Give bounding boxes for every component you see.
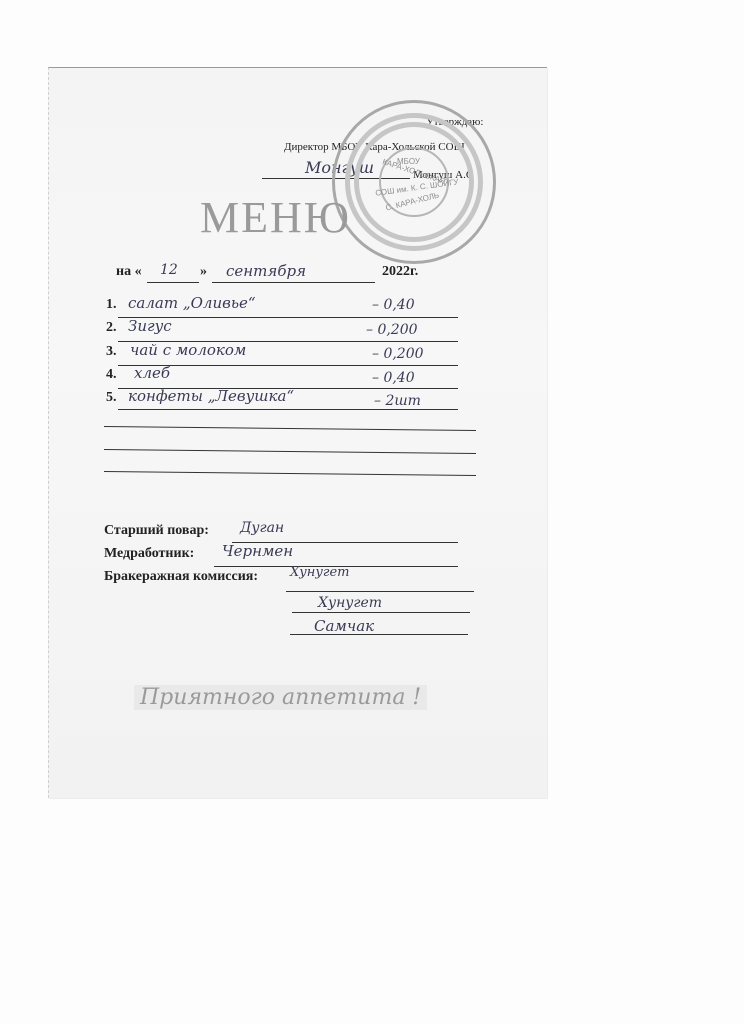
date-prefix: на « <box>116 264 142 280</box>
date-month-line <box>212 282 375 283</box>
item-amount-1: – 0,40 <box>372 297 415 313</box>
item-dish-5: конфеты „Левушка“ <box>128 387 294 405</box>
item-dish-2: Зигус <box>128 317 172 335</box>
item-line-5 <box>118 409 458 410</box>
commission-signature-3: Самчак <box>314 617 374 635</box>
item-amount-3: – 0,200 <box>372 346 424 362</box>
chef-label: Старший повар: <box>104 523 209 539</box>
commission-line-2 <box>292 612 470 613</box>
commission-line-3 <box>290 634 468 635</box>
item-dish-4: хлеб <box>134 364 170 382</box>
item-num-4: 4. <box>106 367 117 383</box>
bon-appetit-footer: Приятного аппетита ! <box>134 685 427 710</box>
date-month: сентября <box>226 262 306 280</box>
item-num-1: 1. <box>106 297 117 313</box>
date-mid: » <box>200 264 207 280</box>
medic-signature: Чернмен <box>222 542 293 560</box>
menu-title: МЕНЮ <box>200 192 351 243</box>
commission-signature-2: Хунугет <box>318 595 382 611</box>
item-dish-1: салат „Оливье“ <box>128 294 256 312</box>
commission-line-1 <box>286 591 474 592</box>
item-dish-3: чай с молоком <box>130 341 246 359</box>
item-amount-4: – 0,40 <box>372 370 415 386</box>
item-amount-2: – 0,200 <box>366 322 418 338</box>
official-stamp: МБОУ КАРА-ХОЛЬСКАЯ СОШ им. К. С. ШОЙГУ С… <box>332 100 496 264</box>
commission-signature-1: Хунугет <box>290 565 350 580</box>
date-day: 12 <box>160 262 178 278</box>
commission-label: Бракеражная комиссия: <box>104 569 258 585</box>
date-day-line <box>147 282 199 283</box>
item-num-3: 3. <box>106 344 117 360</box>
date-year: 2022г. <box>382 264 418 280</box>
item-num-5: 5. <box>106 390 117 406</box>
medic-label: Медработник: <box>104 546 194 562</box>
chef-signature: Дуган <box>240 520 284 536</box>
item-amount-5: – 2шт <box>374 393 421 409</box>
item-num-2: 2. <box>106 320 117 336</box>
